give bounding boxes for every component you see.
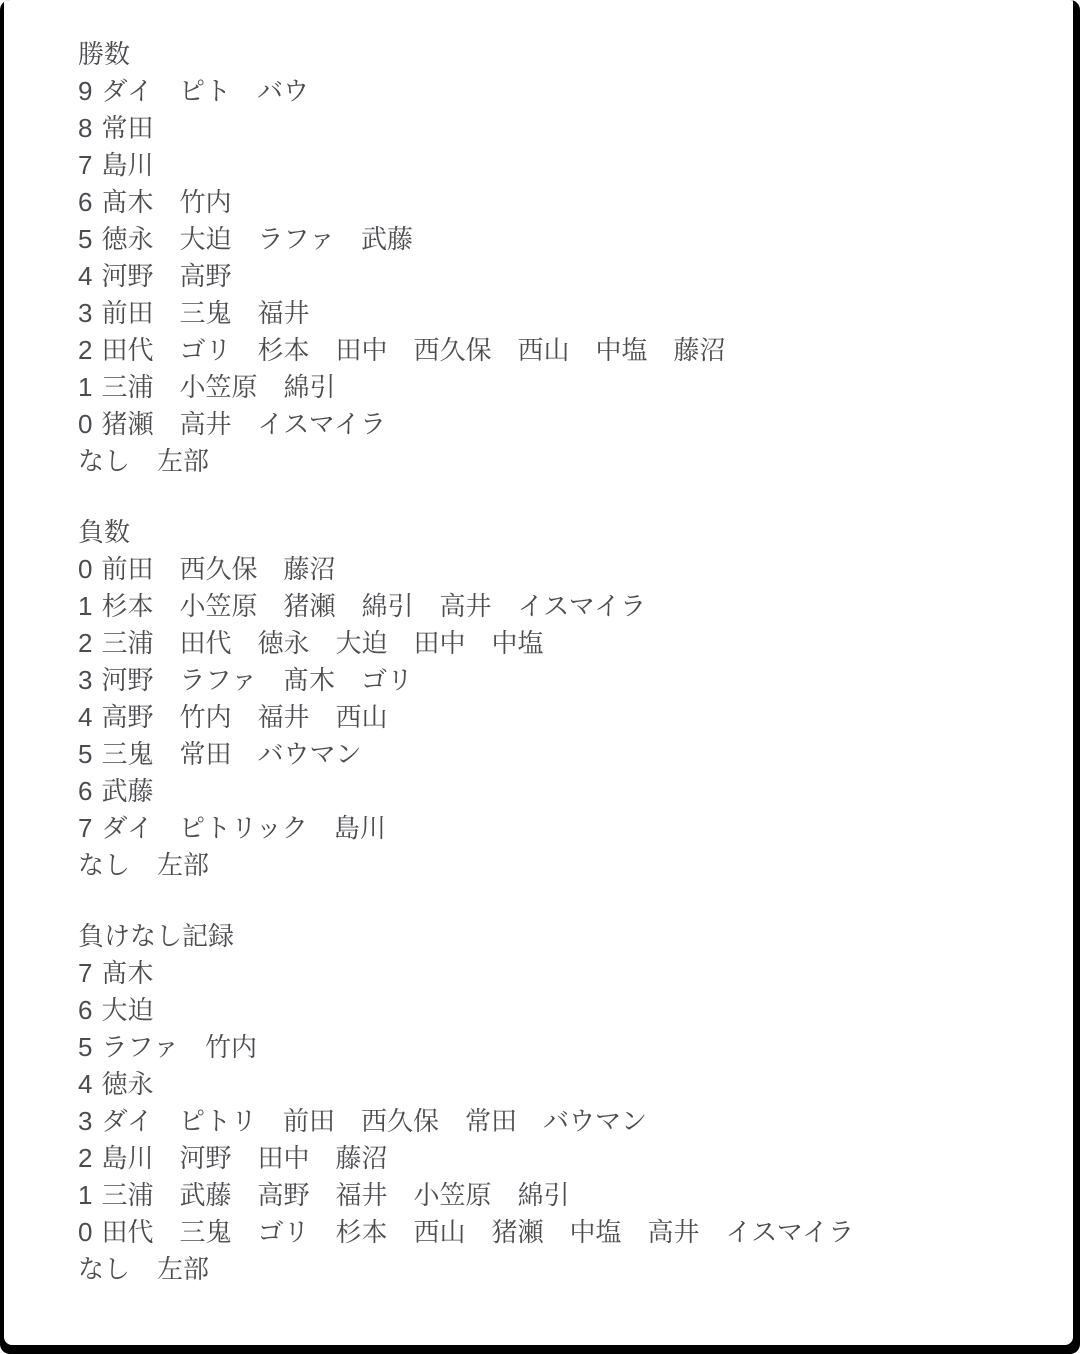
record-row: 6武藤	[78, 773, 1033, 810]
page-frame: 勝数9ダイ ピト バウ8常田7島川6髙木 竹内5徳永 大迫 ラファ 武藤4河野 …	[0, 0, 1080, 1354]
names-list: 猪瀬 高井 イスマイラ	[101, 409, 386, 439]
names-list: ダイ ピトリック 島川	[101, 813, 385, 843]
names-list: 三浦 小笠原 綿引	[101, 372, 335, 402]
record-row: 0田代 三鬼 ゴリ 杉本 西山 猪瀬 中塩 高井 イスマイラ	[78, 1214, 1033, 1251]
record-row: 5ラファ 竹内	[78, 1029, 1033, 1066]
names-list: 常田	[101, 113, 153, 143]
names-list: 徳永	[101, 1069, 153, 1099]
names-list: 徳永 大迫 ラファ 武藤	[101, 224, 412, 254]
names-list: 左部	[157, 446, 209, 476]
record-row: 3前田 三鬼 福井	[78, 295, 1033, 332]
record-row: 5徳永 大迫 ラファ 武藤	[78, 221, 1033, 258]
names-list: ラファ 竹内	[101, 1032, 256, 1062]
names-list: 前田 西久保 藤沼	[101, 554, 335, 584]
record-row: 1三浦 武藤 高野 福井 小笠原 綿引	[78, 1177, 1033, 1214]
count-label: 6	[78, 995, 92, 1025]
count-label: なし	[78, 446, 130, 476]
record-row: なし左部	[78, 443, 1033, 480]
count-label: 1	[78, 1180, 92, 1210]
names-list: 高野 竹内 福井 西山	[101, 702, 387, 732]
count-label: 0	[78, 554, 92, 584]
names-list: 三鬼 常田 バウマン	[101, 739, 361, 769]
record-row: 9ダイ ピト バウ	[78, 73, 1033, 110]
count-label: 6	[78, 187, 92, 217]
record-row: 2田代 ゴリ 杉本 田中 西久保 西山 中塩 藤沼	[78, 332, 1033, 369]
record-section: 負数0前田 西久保 藤沼1杉本 小笠原 猪瀬 綿引 高井 イスマイラ2三浦 田代…	[78, 514, 1033, 884]
section-title: 負けなし記録	[78, 918, 1033, 955]
names-list: 武藤	[101, 776, 153, 806]
count-label: 3	[78, 298, 92, 328]
count-label: 1	[78, 591, 92, 621]
names-list: 田代 ゴリ 杉本 田中 西久保 西山 中塩 藤沼	[101, 335, 725, 365]
count-label: 6	[78, 776, 92, 806]
record-row: 6大迫	[78, 992, 1033, 1029]
count-label: 7	[78, 813, 92, 843]
count-label: 1	[78, 372, 92, 402]
record-row: 1三浦 小笠原 綿引	[78, 369, 1033, 406]
names-list: 左部	[157, 1254, 209, 1284]
record-row: 0猪瀬 高井 イスマイラ	[78, 406, 1033, 443]
record-section: 勝数9ダイ ピト バウ8常田7島川6髙木 竹内5徳永 大迫 ラファ 武藤4河野 …	[78, 36, 1033, 480]
record-row: 3ダイ ピトリ 前田 西久保 常田 バウマン	[78, 1103, 1033, 1140]
count-label: 3	[78, 665, 92, 695]
count-label: 0	[78, 1217, 92, 1247]
record-row: 7髙木	[78, 955, 1033, 992]
names-list: ダイ ピトリ 前田 西久保 常田 バウマン	[101, 1106, 646, 1136]
names-list: 田代 三鬼 ゴリ 杉本 西山 猪瀬 中塩 高井 イスマイラ	[101, 1217, 854, 1247]
names-list: 島川 河野 田中 藤沼	[101, 1143, 387, 1173]
names-list: 三浦 武藤 高野 福井 小笠原 綿引	[101, 1180, 569, 1210]
record-row: 2島川 河野 田中 藤沼	[78, 1140, 1033, 1177]
names-list: 左部	[157, 850, 209, 880]
record-row: 8常田	[78, 110, 1033, 147]
count-label: 4	[78, 261, 92, 291]
count-label: なし	[78, 1254, 130, 1284]
names-list: 島川	[101, 150, 153, 180]
count-label: 3	[78, 1106, 92, 1136]
record-row: 7ダイ ピトリック 島川	[78, 810, 1033, 847]
count-label: 2	[78, 335, 92, 365]
names-list: 髙木 竹内	[101, 187, 231, 217]
record-row: 6髙木 竹内	[78, 184, 1033, 221]
count-label: 5	[78, 224, 92, 254]
record-row: 7島川	[78, 147, 1033, 184]
count-label: 2	[78, 1143, 92, 1173]
record-row: なし左部	[78, 847, 1033, 884]
record-row: 4河野 高野	[78, 258, 1033, 295]
record-section: 負けなし記録7髙木6大迫5ラファ 竹内4徳永3ダイ ピトリ 前田 西久保 常田 …	[78, 918, 1033, 1288]
names-list: 杉本 小笠原 猪瀬 綿引 高井 イスマイラ	[101, 591, 646, 621]
record-row: 1杉本 小笠原 猪瀬 綿引 高井 イスマイラ	[78, 588, 1033, 625]
count-label: 4	[78, 1069, 92, 1099]
names-list: 河野 ラファ 髙木 ゴリ	[101, 665, 412, 695]
count-label: 5	[78, 739, 92, 769]
section-title: 負数	[78, 514, 1033, 551]
count-label: 9	[78, 76, 92, 106]
names-list: 三浦 田代 徳永 大迫 田中 中塩	[101, 628, 543, 658]
count-label: 7	[78, 150, 92, 180]
section-title: 勝数	[78, 36, 1033, 73]
count-label: 5	[78, 1032, 92, 1062]
record-row: 4徳永	[78, 1066, 1033, 1103]
count-label: 2	[78, 628, 92, 658]
document-page: 勝数9ダイ ピト バウ8常田7島川6髙木 竹内5徳永 大迫 ラファ 武藤4河野 …	[4, 0, 1073, 1345]
count-label: 4	[78, 702, 92, 732]
record-sections: 勝数9ダイ ピト バウ8常田7島川6髙木 竹内5徳永 大迫 ラファ 武藤4河野 …	[78, 36, 1033, 1288]
record-row: 2三浦 田代 徳永 大迫 田中 中塩	[78, 625, 1033, 662]
count-label: 8	[78, 113, 92, 143]
record-row: 5三鬼 常田 バウマン	[78, 736, 1033, 773]
names-list: 河野 高野	[101, 261, 231, 291]
names-list: 大迫	[101, 995, 153, 1025]
record-row: 3河野 ラファ 髙木 ゴリ	[78, 662, 1033, 699]
record-row: なし左部	[78, 1251, 1033, 1288]
record-row: 4高野 竹内 福井 西山	[78, 699, 1033, 736]
count-label: 7	[78, 958, 92, 988]
record-row: 0前田 西久保 藤沼	[78, 551, 1033, 588]
names-list: 前田 三鬼 福井	[101, 298, 309, 328]
names-list: ダイ ピト バウ	[101, 76, 308, 106]
count-label: 0	[78, 409, 92, 439]
count-label: なし	[78, 850, 130, 880]
names-list: 髙木	[101, 958, 153, 988]
